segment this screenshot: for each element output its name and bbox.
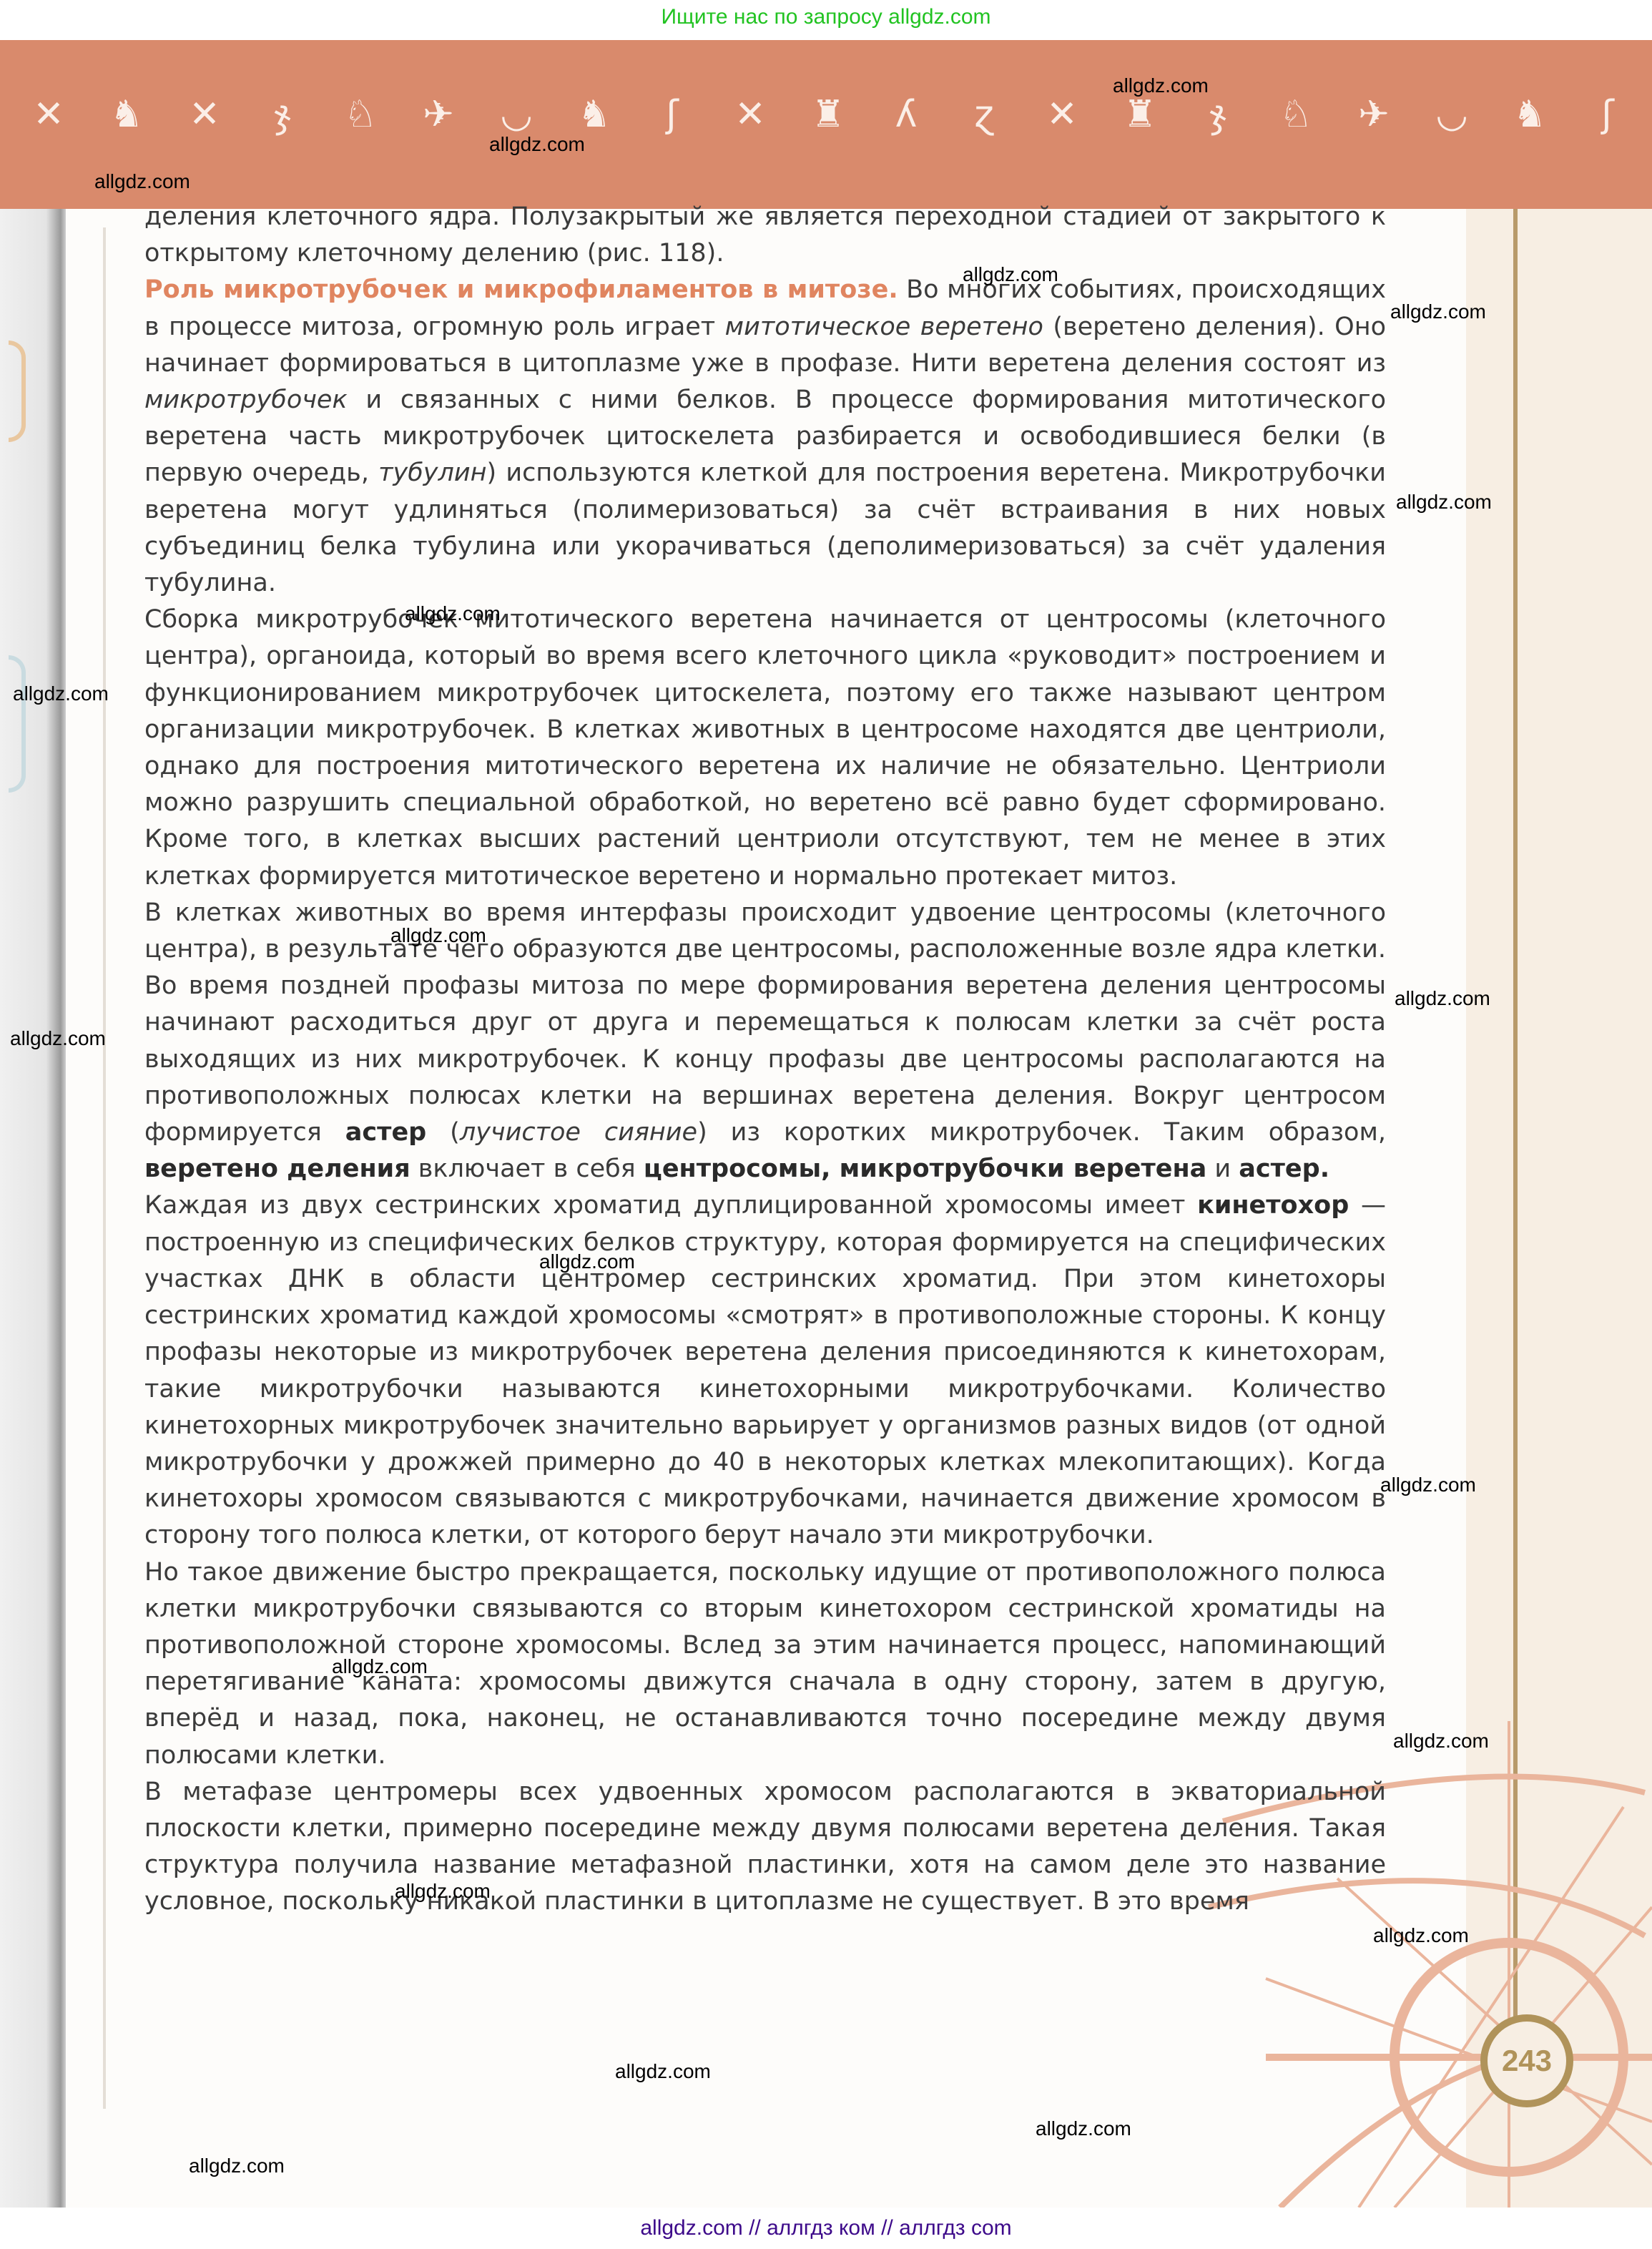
page-number: 243 <box>1480 2014 1573 2107</box>
text-run: В метафазе центромеры всех удвоенных хро… <box>144 1778 1386 1916</box>
text-run: ( <box>426 1118 460 1147</box>
elephant-icon: ♞ <box>105 93 148 136</box>
margin-decoration-icon <box>9 655 26 793</box>
watermark: allgdz.com <box>1113 74 1209 97</box>
kangaroo-icon: ɀ <box>963 93 1006 136</box>
butterfly-icon: ✕ <box>27 93 70 136</box>
text-run: и <box>1206 1155 1239 1183</box>
horse-icon: ♘ <box>1274 93 1317 136</box>
text-run: Каждая из двух сестринских хроматид дупл… <box>144 1191 1197 1220</box>
margin-decoration-icon <box>9 340 26 442</box>
text-run: деления клеточного ядра. Полузакрытый же… <box>144 202 1386 268</box>
text-run: Сборка микротрубочек митотического верет… <box>144 605 1386 890</box>
watermark: allgdz.com <box>10 1027 106 1050</box>
bird-icon: ✈ <box>1352 93 1395 136</box>
scorpion-icon: ჯ <box>1196 93 1239 136</box>
paragraph: В клетках животных во время интерфазы пр… <box>144 895 1386 1188</box>
watermark: allgdz.com <box>1373 1924 1469 1947</box>
horse-icon: ♘ <box>339 93 382 136</box>
body-text: деления клеточного ядра. Полузакрытый же… <box>144 199 1386 1921</box>
watermark: allgdz.com <box>1395 987 1490 1010</box>
search-banner[interactable]: Ищите нас по запросу allgdz.com <box>0 0 1652 34</box>
butterfly-icon: ✕ <box>183 93 226 136</box>
italic-term: митотическое веретено <box>725 313 1043 341</box>
text-run: — построенную из специфических белков ст… <box>144 1191 1386 1549</box>
watermark: allgdz.com <box>1390 300 1486 323</box>
watermark: allgdz.com <box>539 1250 635 1273</box>
paragraph: Но такое движение быстро прекращается, п… <box>144 1554 1386 1774</box>
textbook-page: ✕♞✕ჯ♘✈◡♞ʃ✕♜ʎɀ✕♜ჯ♘✈◡♞ʃ 243 деления клеточ… <box>0 40 1652 2208</box>
bold-term: веретено деления <box>144 1155 410 1183</box>
text-run: ) из коротких микротрубочек. Таким образ… <box>697 1118 1386 1147</box>
watermark: allgdz.com <box>1380 1474 1476 1496</box>
watermark: allgdz.com <box>332 1655 428 1678</box>
bird-icon: ✈ <box>417 93 460 136</box>
paragraph: деления клеточного ядра. Полузакрытый же… <box>144 199 1386 272</box>
whale-icon: ◡ <box>495 93 538 136</box>
watermark: allgdz.com <box>189 2155 285 2177</box>
book-spine <box>0 209 66 2208</box>
watermark: allgdz.com <box>1396 491 1492 514</box>
header-band: ✕♞✕ჯ♘✈◡♞ʃ✕♜ʎɀ✕♜ჯ♘✈◡♞ʃ <box>0 40 1652 209</box>
bold-term: астер. <box>1239 1155 1329 1183</box>
bold-term: астер <box>345 1118 426 1147</box>
butterfly-icon: ✕ <box>1041 93 1083 136</box>
bold-term: кинетохор <box>1197 1191 1349 1220</box>
paragraph: Сборка микротрубочек митотического верет… <box>144 602 1386 895</box>
watermark: allgdz.com <box>1036 2117 1131 2140</box>
text-run: включает в себя <box>410 1155 644 1183</box>
paragraph: В метафазе центромеры всех удвоенных хро… <box>144 1774 1386 1921</box>
watermark: allgdz.com <box>390 924 486 947</box>
ostrich-icon: ʎ <box>885 93 928 136</box>
deer-icon: ♞ <box>1508 93 1551 136</box>
buffalo-icon: ♜ <box>807 93 850 136</box>
watermark: allgdz.com <box>94 170 190 193</box>
animal-silhouette-row: ✕♞✕ჯ♘✈◡♞ʃ✕♜ʎɀ✕♜ჯ♘✈◡♞ʃ <box>27 86 1629 143</box>
scorpion-icon: ჯ <box>261 93 304 136</box>
bison-icon: ♜ <box>1118 93 1161 136</box>
paragraph: Роль микротрубочек и микрофиламентов в м… <box>144 272 1386 602</box>
italic-term: тубулин <box>378 459 486 487</box>
bold-term: центросомы, микротрубочки веретена <box>644 1155 1206 1183</box>
text-run: В клетках животных во время интерфазы пр… <box>144 898 1386 1147</box>
watermark: allgdz.com <box>489 133 585 156</box>
watermark: allgdz.com <box>1393 1730 1489 1753</box>
section-heading: Роль микротрубочек и микрофиламентов в м… <box>144 275 898 304</box>
giraffe-icon: ʃ <box>651 93 694 136</box>
paragraph: Каждая из двух сестринских хроматид дупл… <box>144 1187 1386 1554</box>
butterfly-icon: ✕ <box>729 93 772 136</box>
text-run: Но такое движение быстро прекращается, п… <box>144 1558 1386 1770</box>
footer-links[interactable]: allgdz.com // аллгдз ком // аллгдз com <box>0 2208 1652 2249</box>
giraffe-icon: ʃ <box>1586 93 1629 136</box>
italic-term: лучистое сияние <box>460 1118 697 1147</box>
watermark: allgdz.com <box>395 1880 491 1903</box>
deer-icon: ♞ <box>573 93 616 136</box>
watermark: allgdz.com <box>615 2060 711 2083</box>
watermark: allgdz.com <box>405 602 501 625</box>
italic-term: микротрубочек <box>144 386 348 414</box>
inner-margin-rule <box>103 227 106 2109</box>
watermark: allgdz.com <box>13 682 109 705</box>
whale-icon: ◡ <box>1430 93 1473 136</box>
watermark: allgdz.com <box>963 263 1058 286</box>
